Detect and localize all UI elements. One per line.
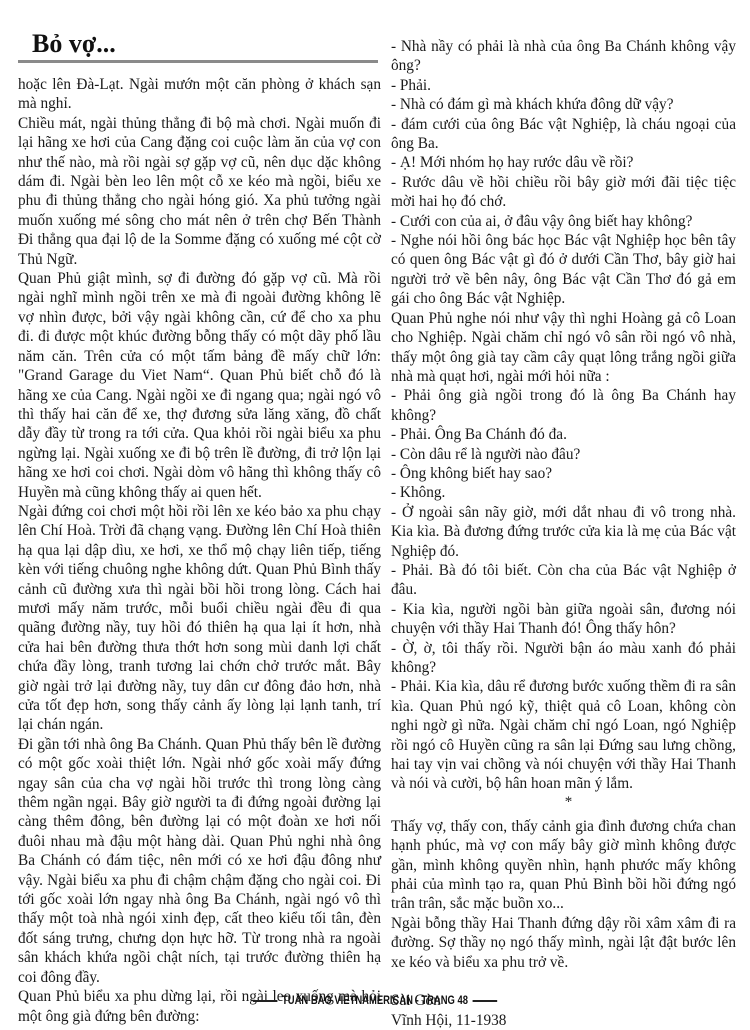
paragraph: Đi gần tới nhà ông Ba Chánh. Quan Phủ th… <box>18 735 381 987</box>
dialogue-line: - Nhà có đám gì mà khách khứa đông dữ vậ… <box>391 95 736 114</box>
dialogue-line: - Rước dâu về hồi chiều rồi bây giờ mới … <box>391 173 736 212</box>
dialogue-line: - Ạ! Mới nhóm họ hay rước dâu về rồi? <box>391 153 736 172</box>
section-separator: * <box>391 794 736 811</box>
paragraph: Quan Phủ nghe nói như vậy thì nghi Hoàng… <box>391 309 736 387</box>
paragraph: Ngài bỗng thầy Hai Thanh đứng dậy rồi xâ… <box>391 914 736 972</box>
right-column: - Nhà nầy có phải là nhà của ông Ba Chán… <box>391 37 736 1030</box>
footer-text: TUẦN BÁO VIETNAMERICAN - TRANG 48 <box>282 995 468 1007</box>
dialogue-line: - Không. <box>391 483 736 502</box>
dialogue-line: - Nhà nầy có phải là nhà của ông Ba Chán… <box>391 37 736 76</box>
paragraph: Thấy vợ, thấy con, thấy cảnh gia đình đư… <box>391 817 736 914</box>
left-column: hoặc lên Đà-Lạt. Ngài mướn một căn phòng… <box>18 75 381 1026</box>
dialogue-line: - Còn dâu rể là người nào đâu? <box>391 445 736 464</box>
article-title: Bỏ vợ... <box>32 30 116 58</box>
dialogue-line: - Phải. Kia kìa, dâu rể đương bước xuống… <box>391 677 736 793</box>
dialogue-line: - Nghe nói hồi ông bác học Bác vật Nghiệ… <box>391 231 736 309</box>
paragraph: Ngài đứng coi chơi một hồi rồi lên xe ké… <box>18 502 381 735</box>
paragraph: Quan Phủ giật mình, sợ đi đường đó gặp v… <box>18 269 381 502</box>
dialogue-line: - Cưới con của ai, ở đâu vậy ông biết ha… <box>391 212 736 231</box>
dialogue-line: - Ông không biết hay sao? <box>391 464 736 483</box>
signature-date: Vĩnh Hội, 11-1938 <box>391 1011 736 1030</box>
footer-rule-right <box>473 1000 498 1002</box>
dialogue-line: - đám cưới của ông Bác vật Nghiệp, là ch… <box>391 115 736 154</box>
dialogue-line: - Phải ông già ngồi trong đó là ông Ba C… <box>391 386 736 425</box>
article-title-bar: Bỏ vợ... <box>18 28 378 63</box>
paragraph: Chiều mát, ngài thủng thẳng đi bộ mà chơ… <box>18 114 381 269</box>
dialogue-line: - Ở ngoài sân nãy giờ, mới dắt nhau đi v… <box>391 503 736 561</box>
dialogue-line: - Kia kìa, người ngồi bàn giữa ngoài sân… <box>391 600 736 639</box>
dialogue-line: - Phải. Ông Ba Chánh đó đa. <box>391 425 736 444</box>
dialogue-line: - Phải. <box>391 76 736 95</box>
dialogue-line: - Phải. Bà đó tôi biết. Còn cha của Bác … <box>391 561 736 600</box>
paragraph: hoặc lên Đà-Lạt. Ngài mướn một căn phòng… <box>18 75 381 114</box>
dialogue-line: - Ờ, ờ, tôi thấy rồi. Người bận áo màu x… <box>391 639 736 678</box>
footer-rule-left <box>252 1000 277 1002</box>
page-footer: TUẦN BÁO VIETNAMERICAN - TRANG 48 <box>68 995 683 1007</box>
